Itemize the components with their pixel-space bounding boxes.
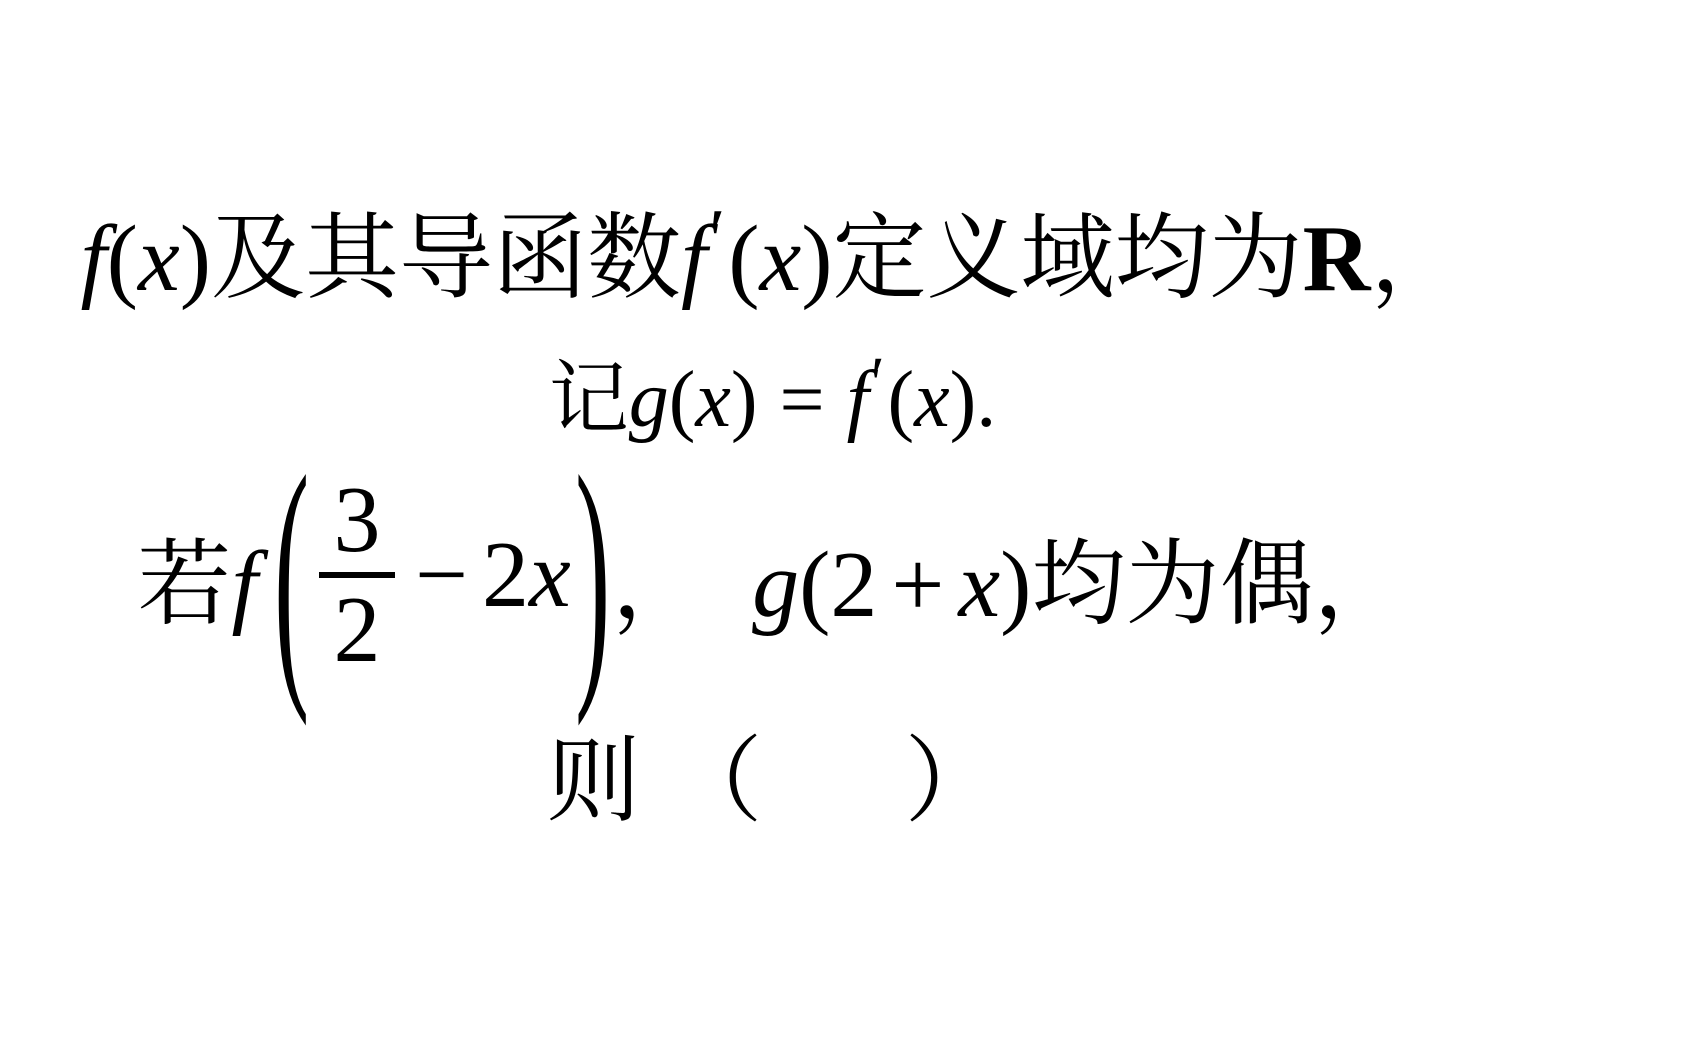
big-left-paren: (	[274, 436, 309, 713]
g-expression: g(2+x)均为偶，	[752, 508, 1407, 643]
x-symbol: x	[529, 523, 571, 627]
if-f-prefix: 若f	[138, 508, 266, 643]
minus-sign: −	[415, 523, 468, 627]
open-paren: (	[728, 207, 759, 311]
prime-mark: ′	[871, 345, 885, 414]
fullwidth-comma: ，	[1370, 207, 1464, 311]
close-paren: )	[731, 356, 758, 444]
answer-close-paren: ）	[905, 730, 999, 834]
close-paren: )	[801, 207, 832, 311]
text-and-its-derivative: 及其导函数	[211, 207, 681, 311]
period: .	[976, 356, 996, 444]
text-if: 若	[138, 533, 232, 637]
text-domain-is: 定义域均为	[833, 207, 1303, 311]
x-symbol: x	[914, 356, 950, 444]
close-paren: )	[180, 207, 211, 311]
fraction-three-halves: 3 2	[319, 473, 395, 677]
close-paren: )	[1000, 533, 1031, 637]
fullwidth-comma: ，	[612, 508, 706, 643]
x-symbol: x	[760, 207, 802, 311]
equals-sign: =	[779, 356, 824, 444]
problem-line-3: 若f ( 3 2 −2x ) ， g(2+x)均为偶，	[0, 450, 1545, 700]
text-are-both-even: 均为偶	[1031, 533, 1313, 637]
prime-mark: ′	[709, 194, 725, 275]
g-symbol: g	[752, 533, 799, 637]
open-paren: (	[799, 533, 830, 637]
g-symbol: g	[629, 356, 669, 444]
open-paren: (	[669, 356, 696, 444]
x-symbol: x	[958, 533, 1000, 637]
plus-sign: +	[891, 533, 944, 637]
open-paren: (	[888, 356, 915, 444]
x-symbol: x	[695, 356, 731, 444]
fraction-denominator: 2	[333, 583, 380, 677]
minus-two-x: −2x	[401, 521, 571, 629]
fullwidth-comma: ，	[1313, 533, 1407, 637]
coefficient-2: 2	[482, 523, 529, 627]
big-right-paren: )	[575, 436, 610, 713]
math-problem-page: f(x)及其导函数f′(x)定义域均为R， 记g(x)=f′(x). 若f ( …	[0, 0, 1681, 1051]
number-2: 2	[830, 533, 877, 637]
problem-line-1: f(x)及其导函数f′(x)定义域均为R，	[0, 165, 1545, 329]
f-symbol: f	[81, 207, 107, 311]
text-then: 则	[546, 730, 640, 834]
open-paren: (	[107, 207, 138, 311]
x-symbol: x	[138, 207, 180, 311]
reals-symbol: R	[1303, 207, 1371, 311]
f-symbol: f	[847, 356, 869, 444]
answer-open-paren: （	[668, 730, 762, 834]
problem-line-4: 则（）	[0, 712, 1545, 852]
close-paren: )	[950, 356, 977, 444]
problem-line-2: 记g(x)=f′(x).	[0, 325, 1545, 455]
f-symbol: f	[232, 533, 258, 637]
f-symbol: f	[681, 207, 707, 311]
fraction-numerator: 3	[333, 473, 380, 567]
